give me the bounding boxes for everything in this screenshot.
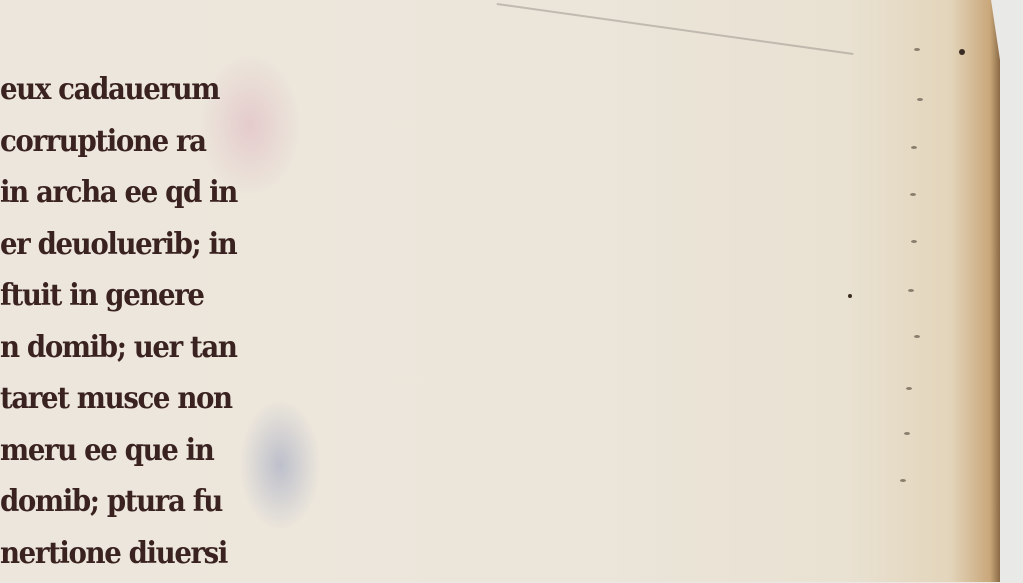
text-line: domib; ptura fu [0,480,237,532]
pricking-mark [917,98,923,101]
text-line: meru ee que in [0,429,237,481]
pricking-mark [911,240,917,243]
ink-spot [848,294,852,298]
pricking-mark [906,387,912,390]
pricking-mark [904,432,910,435]
text-line: er deuoluerib; in [0,223,237,275]
text-line: eux cadauerum [0,68,237,120]
manuscript-page: eux cadauerum corruptione ra in archa ee… [0,0,1000,582]
pricking-mark [914,48,920,51]
ink-spot [959,49,965,55]
text-line: ftuit in genere [0,274,237,326]
text-line: taret musce non [0,377,237,429]
pricking-mark [908,289,914,292]
pricking-mark [910,193,916,196]
pricking-mark [914,335,920,338]
manuscript-text: eux cadauerum corruptione ra in archa ee… [0,68,258,582]
text-line: nertione diuersi [0,532,237,583]
text-line: in archa ee qd in [0,171,237,223]
text-line: n domib; uer tan [0,326,237,378]
text-line: corruptione ra [0,120,237,172]
pricking-mark [911,146,917,149]
pricking-mark [900,479,906,482]
pencil-stroke [497,3,854,55]
